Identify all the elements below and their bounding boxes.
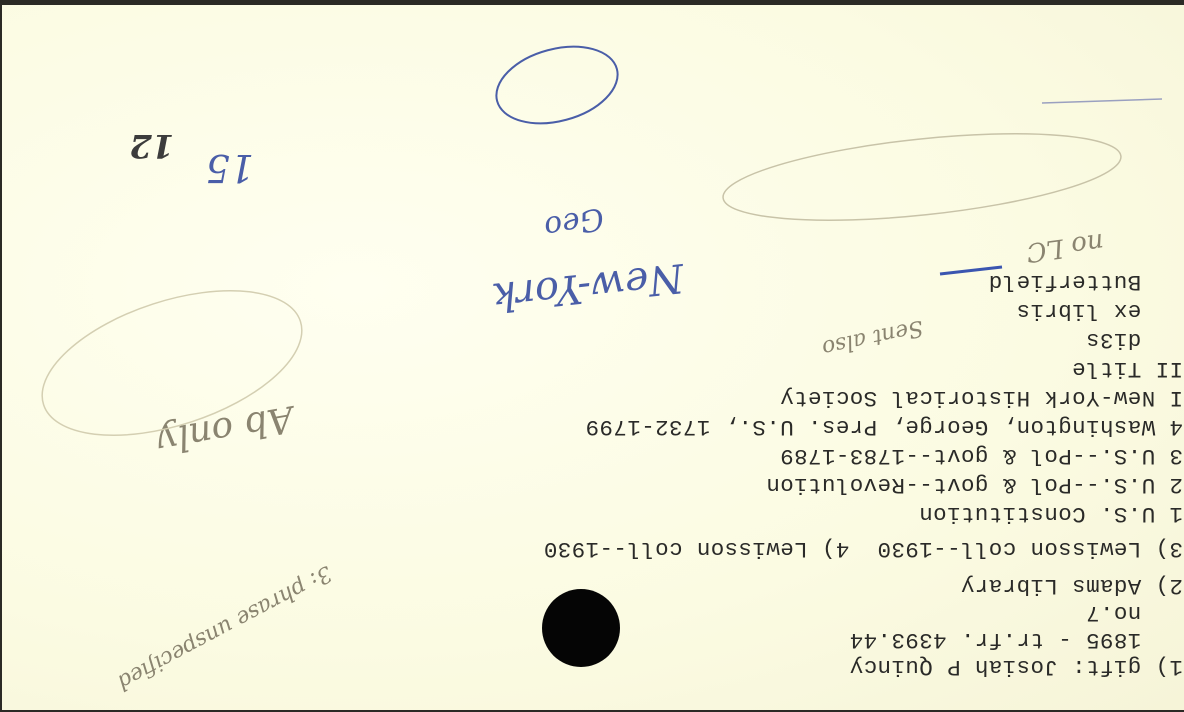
added-entry-ex-libris: ex libris: [1016, 297, 1183, 324]
handwritten-geo: Geo: [542, 200, 607, 245]
handwritten-sent-also: Sent also: [820, 315, 926, 361]
added-entry-2: II Title: [1072, 355, 1183, 382]
subject-heading-3: 3 U.S.--Pol & govt--1783-1789: [780, 442, 1183, 469]
handwritten-number-12: 12: [129, 127, 174, 165]
typed-line-accession: 1895 - tr.fr. 4393.44: [849, 626, 1183, 653]
handwritten-number-15: 15: [206, 146, 254, 190]
handwritten-new-york: New-York: [490, 254, 686, 320]
typed-line-adams-library: 2) Adams Library: [961, 572, 1183, 599]
catalog-card: 1) gift: Josiah P Quincy 1895 - tr.fr. 4…: [2, 5, 1184, 710]
subject-heading-2: 2 U.S.--Pol & govt--Revolution: [766, 471, 1183, 498]
handwritten-ab-only: Ab only: [154, 397, 296, 461]
punch-hole: [542, 589, 620, 667]
typed-line-number: no.7: [1086, 599, 1183, 626]
subject-heading-1: 1 U.S. Constitution: [919, 500, 1183, 527]
subject-heading-4: 4 Washington, George, Pres. U.S., 1732-1…: [585, 413, 1183, 440]
added-entry-di3s: di3s: [1086, 326, 1183, 353]
handwritten-no-lc: no LC: [1024, 227, 1105, 268]
added-entry-1: I New-York Historical Society: [780, 384, 1183, 411]
typed-line-lewisson: 3) Lewisson coll--1930 4) Lewisson coll-…: [543, 535, 1183, 562]
typed-line-gift: 1) gift: Josiah P Quincy: [849, 653, 1183, 680]
handwritten-bottom-note: 3: phrase unspecified: [113, 560, 336, 694]
added-entry-butterfield: Butterfield: [988, 268, 1183, 295]
